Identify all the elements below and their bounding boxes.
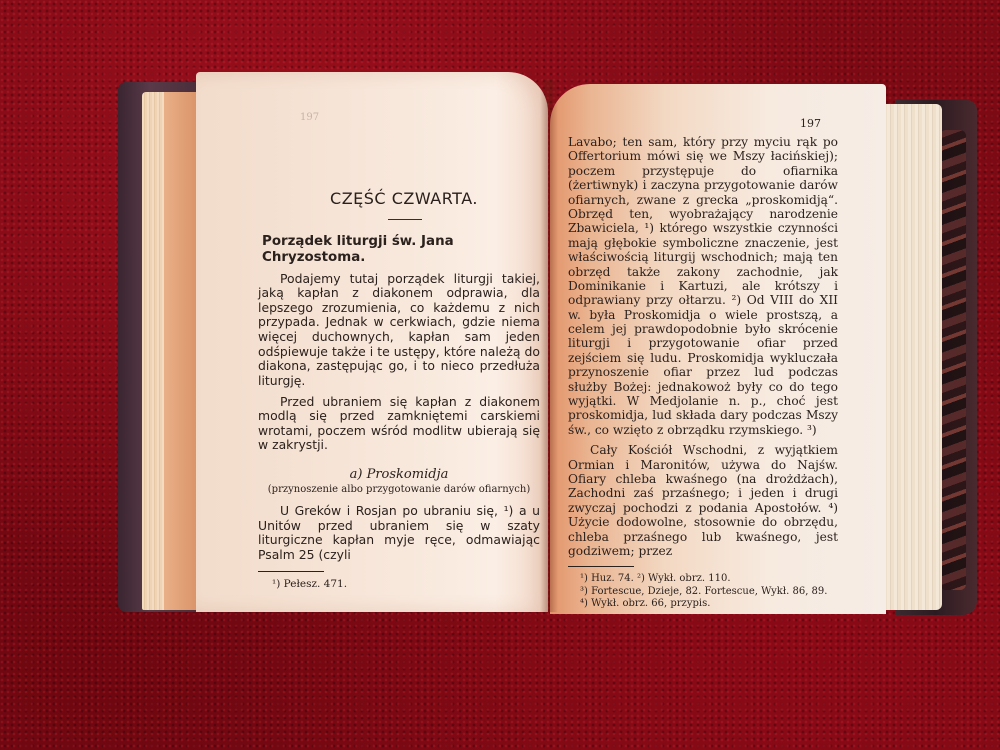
part-title: CZĘŚĆ CZWARTA. [268,190,540,209]
paragraph: U Greków i Rosjan po ubraniu się, ¹) a u… [258,504,540,563]
section-title: Porządek liturgji św. Jana Chryzostoma. [262,234,540,266]
paragraph: Cały Kościół Wschodni, z wyjątkiem Ormia… [568,443,838,558]
subsection-caption: (przynoszenie albo przygotowanie darów o… [258,484,540,496]
footnote: ³) Fortescue, Dzieje, 82. Fortescue, Wyk… [580,586,838,599]
book-gutter [540,80,558,612]
footnote: ⁴) Wykł. obrz. 66, przypis. [580,598,838,611]
paragraph: Przed ubraniem się kapłan z diakonem mod… [258,395,540,454]
page-stack-left [142,92,202,610]
paragraph: Podajemy tutaj porządek liturgji takiej,… [258,272,540,389]
right-page-text: Lavabo; ten sam, który przy myciu rąk po… [568,135,838,611]
left-page-text: CZĘŚĆ CZWARTA. Porządek liturgji św. Jan… [258,190,540,590]
title-divider [388,219,422,220]
page-number: 197 [800,117,821,130]
bleed-through-page-number: 197 [300,112,319,123]
footnote: ¹) Huz. 74. ²) Wykł. obrz. 110. [580,573,838,586]
paragraph: Lavabo; ten sam, który przy myciu rąk po… [568,135,838,437]
footnote-divider [568,566,634,567]
footnote: ¹) Pełesz. 471. [272,578,540,590]
marbled-cover-edge [940,130,966,590]
subsection-title: a) Proskomidja [258,467,540,482]
page-stack-right [880,104,942,610]
footnote-divider [258,571,324,572]
